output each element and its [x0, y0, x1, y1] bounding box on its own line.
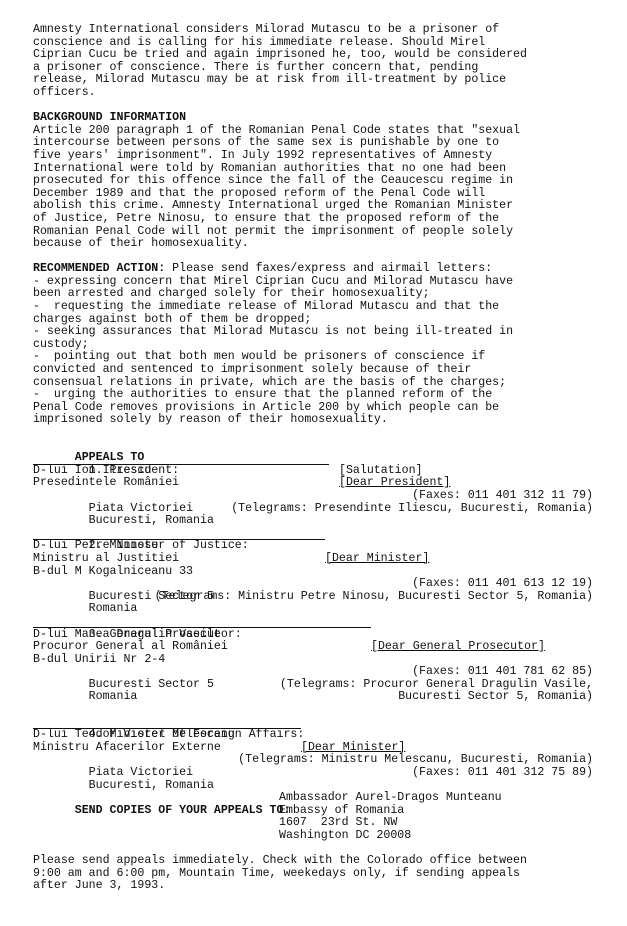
- text-line: after June 3, 1993.: [33, 880, 593, 893]
- recipient-office: Ministru al Justitiei: [33, 553, 593, 566]
- recipient-city: Romania: [89, 602, 138, 615]
- recipient-title: 1. President:: [89, 464, 179, 477]
- recipient-telegrams: (Telegrams: Ministru Petre Ninosu, Bucur…: [155, 591, 593, 604]
- recipient-salutation: [Dear Minister]: [325, 553, 429, 566]
- recipient-faxes: (Faxes: 011 401 312 75 89): [412, 767, 593, 780]
- recipient-address-row: Bucuresti, Romania (Faxes: 011 401 312 7…: [33, 767, 593, 780]
- recipient-title: 2. Minister of Justice:: [89, 539, 249, 552]
- embassy-address: Ambassador Aurel-Dragos Munteanu Embassy…: [279, 792, 502, 842]
- text-line: Amnesty International considers Milorad …: [33, 24, 593, 37]
- text-line: of Justice, Petre Ninosu, to ensure that…: [33, 213, 593, 226]
- recipient-telegrams-continued: Bucuresti Sector 5, Romania): [398, 691, 593, 704]
- recipient-city: Bucuresti, Romania: [89, 514, 214, 527]
- recipient-telegrams: (Telegrams: Presendinte Iliescu, Bucures…: [231, 503, 593, 516]
- underline-rule: [33, 539, 325, 540]
- address-line: Ambassador Aurel-Dragos Munteanu: [279, 792, 502, 805]
- recipient-address-row: Piata Victoriei (Faxes: 011 401 312 11 7…: [33, 490, 593, 503]
- recipient-minister-of-foreign-affairs: 4. Minister of Foreign Affairs: [Dear Mi…: [33, 717, 593, 780]
- underline-rule: [33, 627, 371, 628]
- recipient-faxes: (Faxes: 011 401 781 62 85): [412, 666, 593, 679]
- recipient-president: 1. President: [Dear President] D-lui Ion…: [33, 452, 593, 515]
- recipient-salutation: [Dear General Prosecutor]: [371, 641, 545, 654]
- text-line: - urging the authorities to ensure that …: [33, 389, 593, 402]
- recommended-heading: RECOMMENDED ACTION:: [33, 262, 165, 275]
- recipient-address-row: Bucuresti Sector 5 (Faxes: 011 401 613 1…: [33, 578, 593, 591]
- appeals-header-row: APPEALS TO [Salutation]: [33, 440, 593, 453]
- underline-rule: [33, 728, 301, 729]
- recipient-title: 4. Minister of Foreign Affairs:: [89, 728, 305, 741]
- address-line: Washington DC 20008: [279, 830, 502, 843]
- background-section: BACKGROUND INFORMATION Article 200 parag…: [33, 112, 593, 251]
- text-line: - seeking assurances that Milorad Mutasc…: [33, 326, 593, 339]
- text-line: convicted and sentenced to imprisonment …: [33, 364, 593, 377]
- recipient-city: Bucuresti, Romania: [89, 779, 214, 792]
- text-line: prosecuted for this offence since the fa…: [33, 175, 593, 188]
- text-line: release, Milorad Mutascu may be at risk …: [33, 74, 593, 87]
- closing-paragraph: Please send appeals immediately. Check w…: [33, 855, 593, 893]
- underline-rule: [33, 464, 329, 465]
- text-line: - requesting the immediate release of Mi…: [33, 301, 593, 314]
- send-copies-heading: SEND COPIES OF YOUR APPEALS TO:: [75, 804, 291, 817]
- recipient-address-row: Bucuresti Sector 5 (Faxes: 011 401 781 6…: [33, 666, 593, 679]
- text-line: Please send appeals immediately. Check w…: [33, 855, 593, 868]
- recipient-address-row: Bucuresti Sector 5, Romania): [33, 691, 593, 704]
- recipient-title-row: 3. General Prosecutor: [Dear General Pro…: [33, 616, 593, 629]
- appeals-section: APPEALS TO [Salutation] 1. President: [D…: [33, 440, 593, 780]
- send-copies-section: SEND COPIES OF YOUR APPEALS TO: Ambassad…: [33, 792, 593, 842]
- document-page: Amnesty International considers Milorad …: [33, 24, 593, 893]
- recipient-faxes: (Faxes: 011 401 613 12 19): [412, 578, 593, 591]
- recipient-minister-of-justice: 2. Minister of Justice: [Dear Minister] …: [33, 528, 593, 604]
- recipient-title-row: 1. President: [Dear President]: [33, 452, 593, 465]
- background-heading: BACKGROUND INFORMATION: [33, 112, 593, 125]
- intro-paragraph: Amnesty International considers Milorad …: [33, 24, 593, 100]
- recommended-intro: Please send faxes/express and airmail le…: [165, 262, 492, 275]
- recommended-action-section: RECOMMENDED ACTION: Please send faxes/ex…: [33, 263, 593, 427]
- recommended-first-line: RECOMMENDED ACTION: Please send faxes/ex…: [33, 263, 593, 276]
- recipient-title-row: 2. Minister of Justice: [Dear Minister]: [33, 528, 593, 541]
- recipient-faxes: (Faxes: 011 401 312 11 79): [412, 490, 593, 503]
- recipient-general-prosecutor: 3. General Prosecutor: [Dear General Pro…: [33, 616, 593, 704]
- text-line: Ciprian Cucu be tried and again imprison…: [33, 49, 593, 62]
- recipient-address-row: Romania (Telegrams: Ministru Petre Ninos…: [33, 591, 593, 604]
- text-line: officers.: [33, 87, 593, 100]
- text-line: five years' imprisonment". In July 1992 …: [33, 150, 593, 163]
- recipient-title: 3. General Prosecutor:: [89, 628, 242, 641]
- text-line: because of their homosexuality.: [33, 238, 593, 251]
- recipient-address-row: Bucuresti, Romania (Telegrams: Presendin…: [33, 503, 593, 516]
- recipient-title-row: 4. Minister of Foreign Affairs: [Dear Mi…: [33, 717, 593, 730]
- text-line: imprisoned solely by reason of their hom…: [33, 414, 593, 427]
